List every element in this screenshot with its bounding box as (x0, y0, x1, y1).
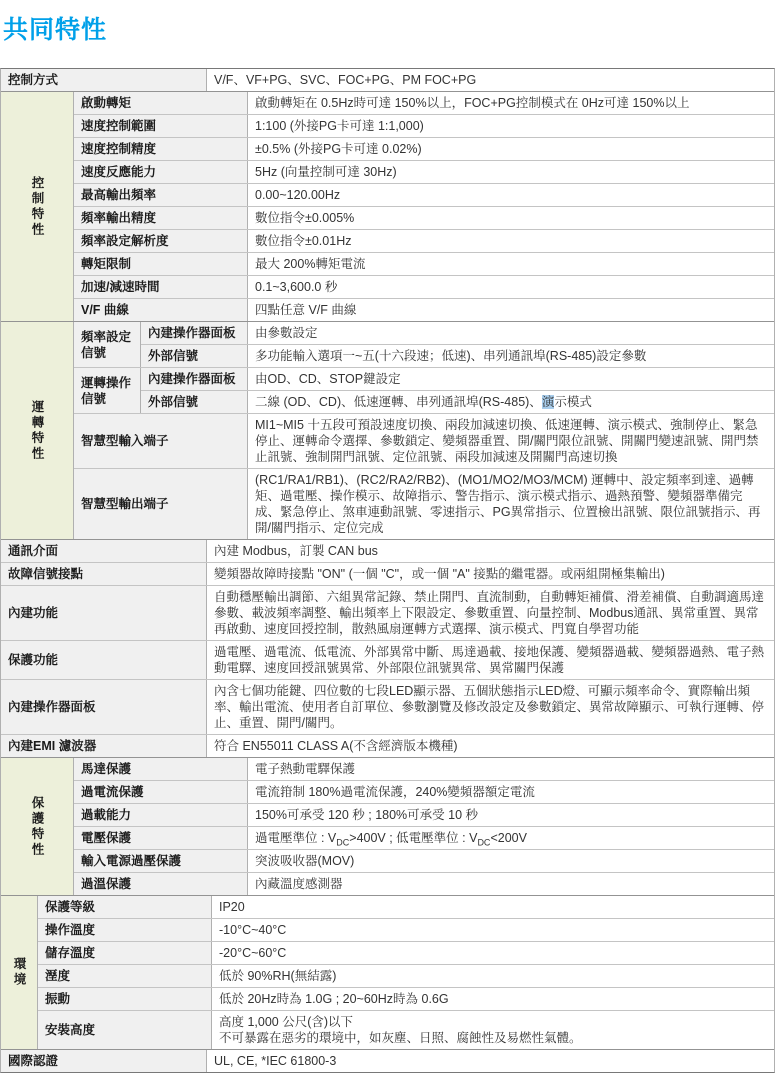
row-label: 溼度 (38, 965, 212, 987)
row-label: 最高輸出頻率 (74, 184, 248, 206)
subrow-label: 外部信號 (141, 391, 248, 413)
table-row: 保護等級 IP20 (38, 896, 774, 918)
row-value: 變頻器故障時接點 "ON" (一個 "C"，或一個 "A" 接點的繼電器。或兩組… (207, 563, 774, 585)
subrow-value: 由參數設定 (248, 322, 774, 344)
subrow-label: 內建操作器面板 (141, 368, 248, 390)
table-row: 通訊介面 內建 Modbus，訂製 CAN bus (1, 540, 774, 562)
row-label: 智慧型輸出端子 (74, 469, 248, 539)
row-value: 啟動轉矩在 0.5Hz時可達 150%以上，FOC+PG控制模式在 0Hz可達 … (248, 92, 774, 114)
table-row: 內建操作器面板 內含七個功能鍵、四位數的七段LED顯示器、五個狀態指示LED燈、… (1, 679, 774, 734)
row-value: 過電壓、過電流、低電流、外部異常中斷、馬達過載、接地保護、變頻器過載、變頻器過熱… (207, 641, 774, 679)
table-subrow: 外部信號 二線 (OD、CD)、低速運轉、串列通訊埠(RS-485)、演示模式 (141, 390, 774, 413)
row-label: 內建操作器面板 (1, 680, 207, 734)
value-text: <200V (490, 831, 527, 845)
table-row: 儲存溫度 -20°C~60°C (38, 941, 774, 964)
table-row: 控制方式 V/F、VF+PG、SVC、FOC+PG、PM FOC+PG (1, 69, 774, 91)
table-row: 速度反應能力 5Hz (向量控制可達 30Hz) (74, 160, 774, 183)
subscript-dc: DC (477, 838, 490, 848)
row-label: 頻率設定解析度 (74, 230, 248, 252)
row-value: IP20 (212, 896, 774, 918)
row-label: 馬達保護 (74, 758, 248, 780)
table-row: 振動 低於 20Hz時為 1.0G ; 20~60Hz時為 0.6G (38, 987, 774, 1010)
row-value: 低於 90%RH(無結露) (212, 965, 774, 987)
row-label: 加速/減速時間 (74, 276, 248, 298)
row-value: 5Hz (向量控制可達 30Hz) (248, 161, 774, 183)
row-label: 轉矩限制 (74, 253, 248, 275)
row-value: 0.00~120.00Hz (248, 184, 774, 206)
row-label: 輸入電源過壓保護 (74, 850, 248, 872)
row-value: 突波吸收器(MOV) (248, 850, 774, 872)
value-text: >400V ; 低電壓準位 : V (349, 831, 477, 845)
table-row: 最高輸出頻率 0.00~120.00Hz (74, 183, 774, 206)
row-label: V/F 曲線 (74, 299, 248, 321)
row-value: 150%可承受 120 秒 ; 180%可承受 10 秒 (248, 804, 774, 826)
row-value: 1:100 (外接PG卡可達 1:1,000) (248, 115, 774, 137)
row-value: 最大 200%轉矩電流 (248, 253, 774, 275)
section-drive-characteristics: 運轉特性 頻率設定信號 內建操作器面板 由參數設定 外部信號 多功能輸入選項一~… (1, 321, 774, 539)
value-line: 不可暴露在惡劣的環境中，如灰塵、日照、腐蝕性及易燃性氣體。 (219, 1030, 767, 1046)
table-row-altitude: 安裝高度 高度 1,000 公尺(含)以下 不可暴露在惡劣的環境中，如灰塵、日照… (38, 1010, 774, 1049)
row-label: 保護等級 (38, 896, 212, 918)
subrow-label: 內建操作器面板 (141, 322, 248, 344)
table-subrow: 內建操作器面板 由參數設定 (141, 322, 774, 344)
table-row: 輸入電源過壓保護 突波吸收器(MOV) (74, 849, 774, 872)
group-cell-drive: 運轉特性 (1, 322, 74, 539)
section-environment: 環境 保護等級 IP20 操作溫度 -10°C~40°C 儲存溫度 -20°C~… (1, 895, 774, 1049)
table-row-run-signal: 運轉操作信號 內建操作器面板 由OD、CD、STOP鍵設定 外部信號 二線 (O… (74, 367, 774, 413)
row-label: 內建功能 (1, 586, 207, 640)
group-label: 保護特性 (28, 796, 46, 858)
row-label: 頻率輸出精度 (74, 207, 248, 229)
table-subrow: 內建操作器面板 由OD、CD、STOP鍵設定 (141, 368, 774, 390)
row-label: 內建EMI 濾波器 (1, 735, 207, 757)
row-value: -10°C~40°C (212, 919, 774, 941)
row-value: 自動穩壓輸出調節、六組異常記錄、禁止開門、直流制動，自動轉矩補償、滑差補償、自動… (207, 586, 774, 640)
value-line: 高度 1,000 公尺(含)以下 (219, 1014, 767, 1030)
row-value: 高度 1,000 公尺(含)以下 不可暴露在惡劣的環境中，如灰塵、日照、腐蝕性及… (212, 1011, 774, 1049)
section-control-characteristics: 控制特性 啟動轉矩 啟動轉矩在 0.5Hz時可達 150%以上，FOC+PG控制… (1, 91, 774, 321)
row-label: 智慧型輸入端子 (74, 414, 248, 468)
section-control-method: 控制方式 V/F、VF+PG、SVC、FOC+PG、PM FOC+PG (1, 69, 774, 91)
table-row-input-terminal: 智慧型輸入端子 MI1~MI5 十五段可預設速度切換、兩段加減速切換、低速運轉、… (74, 413, 774, 468)
row-value: 四點任意 V/F 曲線 (248, 299, 774, 321)
spec-page: 共同特性 控制方式 V/F、VF+PG、SVC、FOC+PG、PM FOC+PG… (0, 10, 775, 1079)
row-value: 數位指令±0.01Hz (248, 230, 774, 252)
table-row-output-terminal: 智慧型輸出端子 (RC1/RA1/RB1)、(RC2/RA2/RB2)、(MO1… (74, 468, 774, 539)
group-cell-control: 控制特性 (1, 92, 74, 321)
subrow-value: 由OD、CD、STOP鍵設定 (248, 368, 774, 390)
row-label: 控制方式 (1, 69, 207, 91)
table-row: 保護功能 過電壓、過電流、低電流、外部異常中斷、馬達過載、接地保護、變頻器過載、… (1, 640, 774, 679)
table-row: 頻率輸出精度 數位指令±0.005% (74, 206, 774, 229)
table-row: 內建EMI 濾波器 符合 EN55011 CLASS A(不含經濟版本機種) (1, 734, 774, 757)
row-value: ±0.5% (外接PG卡可達 0.02%) (248, 138, 774, 160)
row-label: 電壓保護 (74, 827, 248, 849)
table-row: 過溫保護 內藏溫度感測器 (74, 872, 774, 895)
table-row: 過電流保護 電流箝制 180%過電流保護，240%變頻器額定電流 (74, 780, 774, 803)
subrow-label: 外部信號 (141, 345, 248, 367)
row-value: 內建 Modbus，訂製 CAN bus (207, 540, 774, 562)
selected-text: 演 (542, 395, 555, 409)
table-row: 加速/減速時間 0.1~3,600.0 秒 (74, 275, 774, 298)
row-label: 速度反應能力 (74, 161, 248, 183)
subscript-dc: DC (336, 838, 349, 848)
row-label: 頻率設定信號 (74, 322, 141, 367)
row-label: 振動 (38, 988, 212, 1010)
section-certification: 國際認證 UL, CE, *IEC 61800-3 (1, 1049, 774, 1072)
page-title: 共同特性 (3, 10, 775, 46)
table-row: 故障信號接點 變頻器故障時接點 "ON" (一個 "C"，或一個 "A" 接點的… (1, 562, 774, 585)
table-row-voltage-protection: 電壓保護 過電壓準位 : VDC>400V ; 低電壓準位 : VDC<200V (74, 826, 774, 849)
table-row: 過載能力 150%可承受 120 秒 ; 180%可承受 10 秒 (74, 803, 774, 826)
table-row-frequency-signal: 頻率設定信號 內建操作器面板 由參數設定 外部信號 多功能輸入選項一~五(十六段… (74, 322, 774, 367)
row-value: V/F、VF+PG、SVC、FOC+PG、PM FOC+PG (207, 69, 774, 91)
value-text: 過電壓準位 : V (255, 831, 336, 845)
section-protection: 保護特性 馬達保護 電子熱動電驛保護 過電流保護 電流箝制 180%過電流保護，… (1, 757, 774, 895)
section-middle: 通訊介面 內建 Modbus，訂製 CAN bus 故障信號接點 變頻器故障時接… (1, 539, 774, 757)
row-value: 符合 EN55011 CLASS A(不含經濟版本機種) (207, 735, 774, 757)
row-label: 國際認證 (1, 1050, 207, 1072)
row-label: 過載能力 (74, 804, 248, 826)
row-value: 電流箝制 180%過電流保護，240%變頻器額定電流 (248, 781, 774, 803)
row-value: MI1~MI5 十五段可預設速度切換、兩段加減速切換、低速運轉、演示模式、強制停… (248, 414, 774, 468)
row-value: 內含七個功能鍵、四位數的七段LED顯示器、五個狀態指示LED燈、可顯示頻率命令、… (207, 680, 774, 734)
row-value: 0.1~3,600.0 秒 (248, 276, 774, 298)
row-label: 安裝高度 (38, 1011, 212, 1049)
row-value: UL, CE, *IEC 61800-3 (207, 1050, 774, 1072)
table-row: 內建功能 自動穩壓輸出調節、六組異常記錄、禁止開門、直流制動，自動轉矩補償、滑差… (1, 585, 774, 640)
row-label: 保護功能 (1, 641, 207, 679)
footnote: * 在需要符合EMC諧波規範 (IEC61000-3-2&4) 時，必須外接輸入… (0, 1073, 775, 1079)
row-label: 運轉操作信號 (74, 368, 141, 413)
table-row: 轉矩限制 最大 200%轉矩電流 (74, 252, 774, 275)
row-label: 操作溫度 (38, 919, 212, 941)
table-row: 溼度 低於 90%RH(無結露) (38, 964, 774, 987)
row-value: 內藏溫度感測器 (248, 873, 774, 895)
table-row: 啟動轉矩 啟動轉矩在 0.5Hz時可達 150%以上，FOC+PG控制模式在 0… (74, 92, 774, 114)
table-row: 頻率設定解析度 數位指令±0.01Hz (74, 229, 774, 252)
table-row: 速度控制精度 ±0.5% (外接PG卡可達 0.02%) (74, 137, 774, 160)
table-row: 速度控制範圍 1:100 (外接PG卡可達 1:1,000) (74, 114, 774, 137)
value-text: 示模式 (554, 395, 592, 409)
table-row: 馬達保護 電子熱動電驛保護 (74, 758, 774, 780)
group-cell-environment: 環境 (1, 896, 38, 1049)
table-subrow: 外部信號 多功能輸入選項一~五(十六段速；低速)、串列通訊埠(RS-485)設定… (141, 344, 774, 367)
group-label: 環境 (10, 957, 28, 988)
row-value: 電子熱動電驛保護 (248, 758, 774, 780)
row-value: 低於 20Hz時為 1.0G ; 20~60Hz時為 0.6G (212, 988, 774, 1010)
row-value: 數位指令±0.005% (248, 207, 774, 229)
subrow-value: 二線 (OD、CD)、低速運轉、串列通訊埠(RS-485)、演示模式 (248, 391, 774, 413)
row-value: (RC1/RA1/RB1)、(RC2/RA2/RB2)、(MO1/MO2/MO3… (248, 469, 774, 539)
table-row: V/F 曲線 四點任意 V/F 曲線 (74, 298, 774, 321)
row-label: 過電流保護 (74, 781, 248, 803)
group-label: 控制特性 (28, 176, 46, 238)
row-label: 速度控制範圍 (74, 115, 248, 137)
row-label: 故障信號接點 (1, 563, 207, 585)
row-label: 速度控制精度 (74, 138, 248, 160)
row-label: 通訊介面 (1, 540, 207, 562)
spec-table: 控制方式 V/F、VF+PG、SVC、FOC+PG、PM FOC+PG 控制特性… (0, 68, 775, 1073)
row-value: -20°C~60°C (212, 942, 774, 964)
table-row: 操作溫度 -10°C~40°C (38, 918, 774, 941)
value-text: 二線 (OD、CD)、低速運轉、串列通訊埠(RS-485)、 (255, 395, 542, 409)
group-label: 運轉特性 (28, 400, 46, 462)
group-cell-protection: 保護特性 (1, 758, 74, 895)
row-label: 過溫保護 (74, 873, 248, 895)
subrow-value: 多功能輸入選項一~五(十六段速；低速)、串列通訊埠(RS-485)設定參數 (248, 345, 774, 367)
row-value: 過電壓準位 : VDC>400V ; 低電壓準位 : VDC<200V (248, 827, 774, 849)
table-row: 國際認證 UL, CE, *IEC 61800-3 (1, 1050, 774, 1072)
row-label: 啟動轉矩 (74, 92, 248, 114)
row-label: 儲存溫度 (38, 942, 212, 964)
